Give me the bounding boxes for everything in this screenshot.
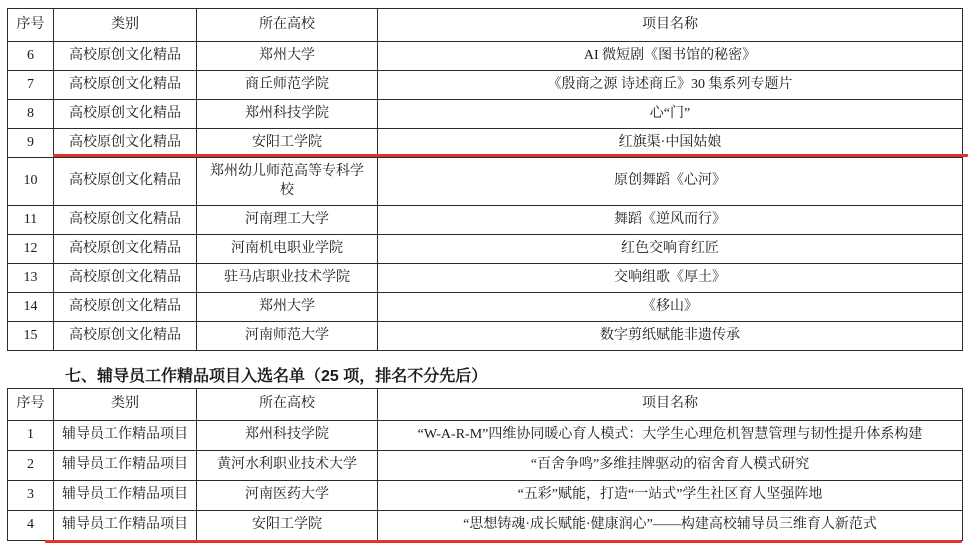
cell-university: 河南师范大学 [197,322,378,351]
col-header-university: 所在高校 [197,389,378,421]
cell-category: 高校原创文化精品 [54,158,197,206]
cell-project: 数字剪纸赋能非遗传承 [378,322,963,351]
cell-seq: 14 [8,293,54,322]
cell-university: 郑州科技学院 [197,421,378,451]
col-header-seq: 序号 [8,389,54,421]
cell-category: 高校原创文化精品 [54,293,197,322]
cell-project: “五彩”赋能，打造“一站式”学生社区育人坚强阵地 [378,481,963,511]
cell-project: “W-A-R-M”四维协同暖心育人模式：大学生心理危机智慧管理与韧性提升体系构建 [378,421,963,451]
cell-seq: 6 [8,42,54,71]
cell-category: 高校原创文化精品 [54,264,197,293]
cell-university: 河南医药大学 [197,481,378,511]
table-row: 14 高校原创文化精品 郑州大学 《移山》 [8,293,963,322]
table-row: 2 辅导员工作精品项目 黄河水利职业技术大学 “百舍争鸣”多维挂牌驱动的宿舍育人… [8,451,963,481]
cell-project: “百舍争鸣”多维挂牌驱动的宿舍育人模式研究 [378,451,963,481]
table-header-row: 序号 类别 所在高校 项目名称 [8,9,963,42]
cell-university: 河南理工大学 [197,206,378,235]
cell-university: 郑州大学 [197,42,378,71]
cell-university: 河南机电职业学院 [197,235,378,264]
col-header-category: 类别 [54,9,197,42]
cell-seq: 4 [8,511,54,541]
col-header-project: 项目名称 [378,389,963,421]
cell-category: 高校原创文化精品 [54,322,197,351]
cell-project: 原创舞蹈《心河》 [378,158,963,206]
cell-seq: 13 [8,264,54,293]
cell-category: 辅导员工作精品项目 [54,481,197,511]
table-row: 10 高校原创文化精品 郑州幼儿师范高等专科学校 原创舞蹈《心河》 [8,158,963,206]
document-page: 序号 类别 所在高校 项目名称 6 高校原创文化精品 郑州大学 AI 微短剧《图… [0,0,970,551]
cell-category: 辅导员工作精品项目 [54,511,197,541]
cell-seq: 1 [8,421,54,451]
cell-project: 交响组歌《厚土》 [378,264,963,293]
cell-project: “思想铸魂·成长赋能·健康润心”——构建高校辅导员三维育人新范式 [378,511,963,541]
cell-category: 高校原创文化精品 [54,42,197,71]
cell-university: 安阳工学院 [197,511,378,541]
cell-seq: 15 [8,322,54,351]
table-row: 7 高校原创文化精品 商丘师范学院 《殷商之源 诗述商丘》30 集系列专题片 [8,71,963,100]
highlight-underline-row4 [45,540,962,543]
cell-category: 高校原创文化精品 [54,235,197,264]
cell-university: 郑州幼儿师范高等专科学校 [197,158,378,206]
table-row: 11 高校原创文化精品 河南理工大学 舞蹈《逆风而行》 [8,206,963,235]
cell-seq: 2 [8,451,54,481]
cell-university: 郑州大学 [197,293,378,322]
section-heading: 七、辅导员工作精品项目入选名单（25 项，排名不分先后） [65,363,487,386]
cell-project: AI 微短剧《图书馆的秘密》 [378,42,963,71]
cell-university: 郑州科技学院 [197,100,378,129]
table-row: 3 辅导员工作精品项目 河南医药大学 “五彩”赋能，打造“一站式”学生社区育人坚… [8,481,963,511]
col-header-university: 所在高校 [197,9,378,42]
table-header-row: 序号 类别 所在高校 项目名称 [8,389,963,421]
cell-seq: 9 [8,129,54,158]
cell-seq: 8 [8,100,54,129]
cell-category: 辅导员工作精品项目 [54,421,197,451]
cell-category: 高校原创文化精品 [54,206,197,235]
cell-category: 高校原创文化精品 [54,71,197,100]
cell-seq: 11 [8,206,54,235]
cell-university: 黄河水利职业技术大学 [197,451,378,481]
cell-seq: 3 [8,481,54,511]
cell-seq: 10 [8,158,54,206]
table-section6: 序号 类别 所在高校 项目名称 6 高校原创文化精品 郑州大学 AI 微短剧《图… [7,8,963,351]
col-header-category: 类别 [54,389,197,421]
table-row: 8 高校原创文化精品 郑州科技学院 心“门” [8,100,963,129]
col-header-seq: 序号 [8,9,54,42]
highlight-underline-row9 [53,154,968,157]
table-row: 15 高校原创文化精品 河南师范大学 数字剪纸赋能非遗传承 [8,322,963,351]
cell-seq: 12 [8,235,54,264]
cell-project: 心“门” [378,100,963,129]
table-row: 13 高校原创文化精品 驻马店职业技术学院 交响组歌《厚土》 [8,264,963,293]
cell-category: 高校原创文化精品 [54,100,197,129]
col-header-project: 项目名称 [378,9,963,42]
cell-university: 驻马店职业技术学院 [197,264,378,293]
table-row: 1 辅导员工作精品项目 郑州科技学院 “W-A-R-M”四维协同暖心育人模式：大… [8,421,963,451]
cell-university: 商丘师范学院 [197,71,378,100]
cell-category: 辅导员工作精品项目 [54,451,197,481]
cell-project: 《殷商之源 诗述商丘》30 集系列专题片 [378,71,963,100]
cell-seq: 7 [8,71,54,100]
table-row-highlighted: 4 辅导员工作精品项目 安阳工学院 “思想铸魂·成长赋能·健康润心”——构建高校… [8,511,963,541]
table-section7: 序号 类别 所在高校 项目名称 1 辅导员工作精品项目 郑州科技学院 “W-A-… [7,388,963,541]
cell-project: 舞蹈《逆风而行》 [378,206,963,235]
table-row: 6 高校原创文化精品 郑州大学 AI 微短剧《图书馆的秘密》 [8,42,963,71]
cell-project: 《移山》 [378,293,963,322]
cell-project: 红色交响育红匠 [378,235,963,264]
table-row: 12 高校原创文化精品 河南机电职业学院 红色交响育红匠 [8,235,963,264]
